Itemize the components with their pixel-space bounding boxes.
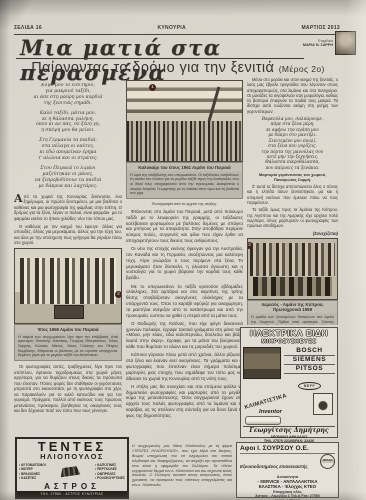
oven-image: [243, 347, 281, 379]
washing-machine-image: [313, 393, 333, 415]
editor-name: ΜΑΡΙΑ Ν. ΣΑΡΡΗ: [294, 43, 333, 47]
poem-line: με δάκρυα και λαχτάρες.: [14, 184, 122, 190]
ad-product-lists: ΑΥΤΟΜΑΤΙΣΜΟΙ ΜΟΤΕΡ ΒΡΑΧΙΟΝΕΣ ΚΑΣΕΤΕΣ ΚΑΠ…: [19, 463, 125, 481]
photo-caption-title: Έτος 1956 Λιμάνι του Πειραιά: [14, 324, 122, 333]
body-paragraph: Φτάνοντας στο λιμάνι του Πειραιά, μετά α…: [126, 209, 243, 244]
body-paragraph: Μέσα στο μεράκι και στον καημό της ξενιτ…: [247, 77, 338, 114]
ocean-liner-shape: [127, 81, 242, 123]
advertiser-note: Ο συγχωριανός μας Νίκος Ηλιόπουλος με τη…: [132, 444, 232, 488]
ad-subtitle: ΜΙΚΡΟΣΥΣΚΕΥΕΣ: [243, 339, 335, 346]
poem-line: τ' αλώνια και οι στράτες.: [14, 156, 122, 162]
scan-shadow-top: [0, 0, 366, 16]
photo-caption-text: Η παρέα των συγχωριανών λίγο πριν την επ…: [14, 333, 122, 362]
body-paragraph: Από τα χωριά της Κυνουρίας ξεκίνησαν, έν…: [14, 194, 122, 222]
photo-caption-text: Η ομάδα των ξενιτεμένων Τσακώνων στο λιμ…: [247, 313, 338, 325]
photo-caption-note: Φωτογραφία από το αρχείο της στήλης.: [126, 202, 243, 206]
suitcase-shape: [54, 305, 84, 320]
body-paragraph: Με το υπερωκεάνιο το ταξίδι κρατούσε εβδ…: [126, 284, 243, 319]
photo-caption-text: Η ώρα της επιβίβασης στο υπερωκεάνιο. Οι…: [126, 171, 243, 200]
emigrant-group-figures: [20, 258, 115, 304]
page-number-label: ΣΕΛΙΔΑ 16: [14, 25, 42, 31]
section-label: ΚΥΝΟΥΡΙΑ: [157, 25, 185, 31]
product-list-left: ΑΥΤΟΜΑΤΙΣΜΟΙ ΜΟΤΕΡ ΒΡΑΧΙΟΝΕΣ ΚΑΣΕΤΕΣ: [19, 463, 46, 481]
inventor-brand-logo: Inventor: [259, 409, 282, 415]
photo-1959-limassol: 3: [247, 238, 338, 300]
to-be-continued-label: (Συνεχίζεται): [247, 231, 338, 236]
body-paragraph: Κάποιοι γύρισαν πίσω μετά από χρόνια, άλ…: [126, 352, 243, 381]
body-paragraph: Το ταξίδι όμως προς τα λιμάνια της Κύπρο…: [247, 207, 338, 228]
scan-shadow-left: [0, 0, 10, 500]
brand-list: BOSCH SIEMENS PITSOS NEFF: [284, 347, 335, 392]
air-conditioner-image: [245, 416, 281, 425]
photo-caption-title: Καλοκαίρι του έτους 1961 Λιμάνι του Πειρ…: [126, 162, 243, 171]
brand-logo: PITSOS: [284, 365, 335, 374]
photo-number-badge: 1: [149, 84, 156, 91]
ad-electrical-goods: ΗΛΕΚΤΡΙΚΑ ΕΙΔΗ ΜΙΚΡΟΣΥΣΚΕΥΕΣ BOSCH SIEME…: [240, 327, 338, 438]
body-paragraph: Οι νέοι της εποχής εκείνης έφευγαν για τ…: [126, 246, 243, 281]
verse-line: που παίρνεις τα ξενάκια.: [247, 165, 338, 170]
newspaper-page: ΣΕΛΙΔΑ 16 ΚΥΝΟΥΡΙΑ ΜΑΡΤΙΟΣ 2013 Μια ματι…: [0, 0, 366, 500]
ad-title: ΗΛΕΚΤΡΙΚΑ ΕΙΔΗ: [243, 329, 335, 339]
product-item: ΡΟΛΟΚΟΥΡΤΙΝΕΣ: [95, 476, 125, 481]
brand-logo: SIEMENS: [284, 356, 335, 365]
body-paragraph: Σ' αυτά τα δίστιχα αποτυπώνεται όλος ο π…: [247, 184, 338, 205]
body-paragraph: Οι φωτογραφίες αυτές, τραβηγμένες λίγο π…: [14, 364, 122, 414]
headline-main: Παίρνοντας το δρόμο για την ξενιτιά: [31, 60, 274, 76]
page-header: ΣΕΛΙΔΑ 16 ΚΥΝΟΥΡΙΑ ΜΑΡΤΙΟΣ 2013: [14, 25, 340, 31]
body-text: πό τα χωριά της Κυνουρίας ξεκίνησαν, ένα…: [14, 194, 122, 221]
photo-number-badge: 2: [115, 291, 122, 298]
photo-1961-piraeus-ship: 1: [126, 80, 243, 162]
ad-products-row: BOSCH SIEMENS PITSOS NEFF: [243, 347, 335, 392]
crowd-figures: [127, 121, 242, 161]
nissan-logo: NISSAN: [320, 454, 335, 469]
awning-icon: [60, 466, 81, 478]
article-headline: Παίρνοντας το δρόμο για την ξενιτιά (Μέρ…: [16, 58, 340, 79]
left-column: Κόψε μου το εισιτήριο, για μακρινό ταξίδ…: [14, 83, 122, 437]
nissan-logo-text: NISSAN: [321, 459, 334, 462]
testimony-attribution: Μαρτυρία γερόντισσας του χωριού, Παναγιώ…: [247, 172, 338, 182]
ad-contact-strip: ΤΗΛ. 27550 - ΑΣΤΡΟΣ ΚΥΝΟΥΡΙΑΣ: [17, 491, 127, 498]
standing-group-figures: [250, 243, 335, 276]
product-list-right: ΚΑΠΟΤΙΝΕΣ ΠΕΡΓΚΟΛΕΣ ΟΜΠΡΕΛΕΣ ΡΟΛΟΚΟΥΡΤΙΝ…: [95, 463, 125, 481]
product-item: ΚΑΣΕΤΕΣ: [19, 476, 46, 481]
body-paragraph: Η στήλη μας θα συνεχίσει και στα επόμενα…: [126, 384, 243, 419]
photo-caption-title: Λεμεσός - Λιμάνι της Κύπρου, Πρωτοχρονιά…: [247, 300, 338, 314]
body-paragraph: Ο Θοδωρής της Κατίνας, που είχε φύγει δε…: [126, 321, 243, 350]
ad-title: Αφοι Ι. ΣΟΥΡΣΟΥ Ο.Ε.: [240, 445, 335, 454]
ad-tentes-iliopoulos: ΤΕΝΤΕΣ ΗΛΙΟΠΟΥΛΟΣ ΑΥΤΟΜΑΤΙΣΜΟΙ ΜΟΤΕΡ ΒΡΑ…: [15, 437, 129, 499]
poem-line: η σκέψη μου θα μείνει.: [14, 128, 122, 134]
brand-logo: BOSCH: [284, 347, 335, 356]
center-column: 1 Καλοκαίρι του έτους 1961 Λιμάνι του Πε…: [126, 80, 243, 438]
headline-part-label: (Μέρος 2ο): [279, 64, 325, 74]
kneeling-group-figures: [253, 277, 331, 296]
ad-soursos-nissan: Αφοι Ι. ΣΟΥΡΣΟΥ Ο.Ε. Εξουσιοδοτημένος επ…: [236, 442, 339, 498]
brand-logo-oval: NEFF: [298, 382, 321, 390]
ad-owner-name: ΗΛΙΟΠΟΥΛΟΣ: [19, 453, 125, 461]
editor-credit-text: Επιμέλεια ΜΑΡΙΑ Ν. ΣΑΡΡΗ: [294, 39, 333, 47]
ad-owner-name: Γεωργίτσης Δημήτρης: [243, 426, 335, 435]
ad-subtitle: Εξουσιοδοτημένος επισκευαστής: [240, 464, 308, 469]
drop-cap: Α: [14, 194, 24, 204]
poem-line: της ξενιτιάς σημάδι.: [14, 101, 122, 107]
photo-1956-piraeus: 2: [14, 248, 122, 324]
editor-portrait-photo: [335, 31, 356, 55]
photo-number-badge: 3: [247, 242, 253, 249]
ad-aircon-row: ΚΛΙΜΑΤΙΣΤΙΚΑ Inventor: [243, 393, 335, 415]
ad-subtitle-row: Εξουσιοδοτημένος επισκευαστής NISSAN: [240, 455, 335, 473]
body-paragraph: Ο καθένας με τον καημό του έφευγε· άλλος…: [14, 224, 122, 246]
right-column: Μέσα στο μεράκι και στον καημό της ξενιτ…: [247, 77, 338, 325]
editor-credit: Επιμέλεια ΜΑΡΙΑ Ν. ΣΑΡΡΗ: [294, 31, 356, 55]
